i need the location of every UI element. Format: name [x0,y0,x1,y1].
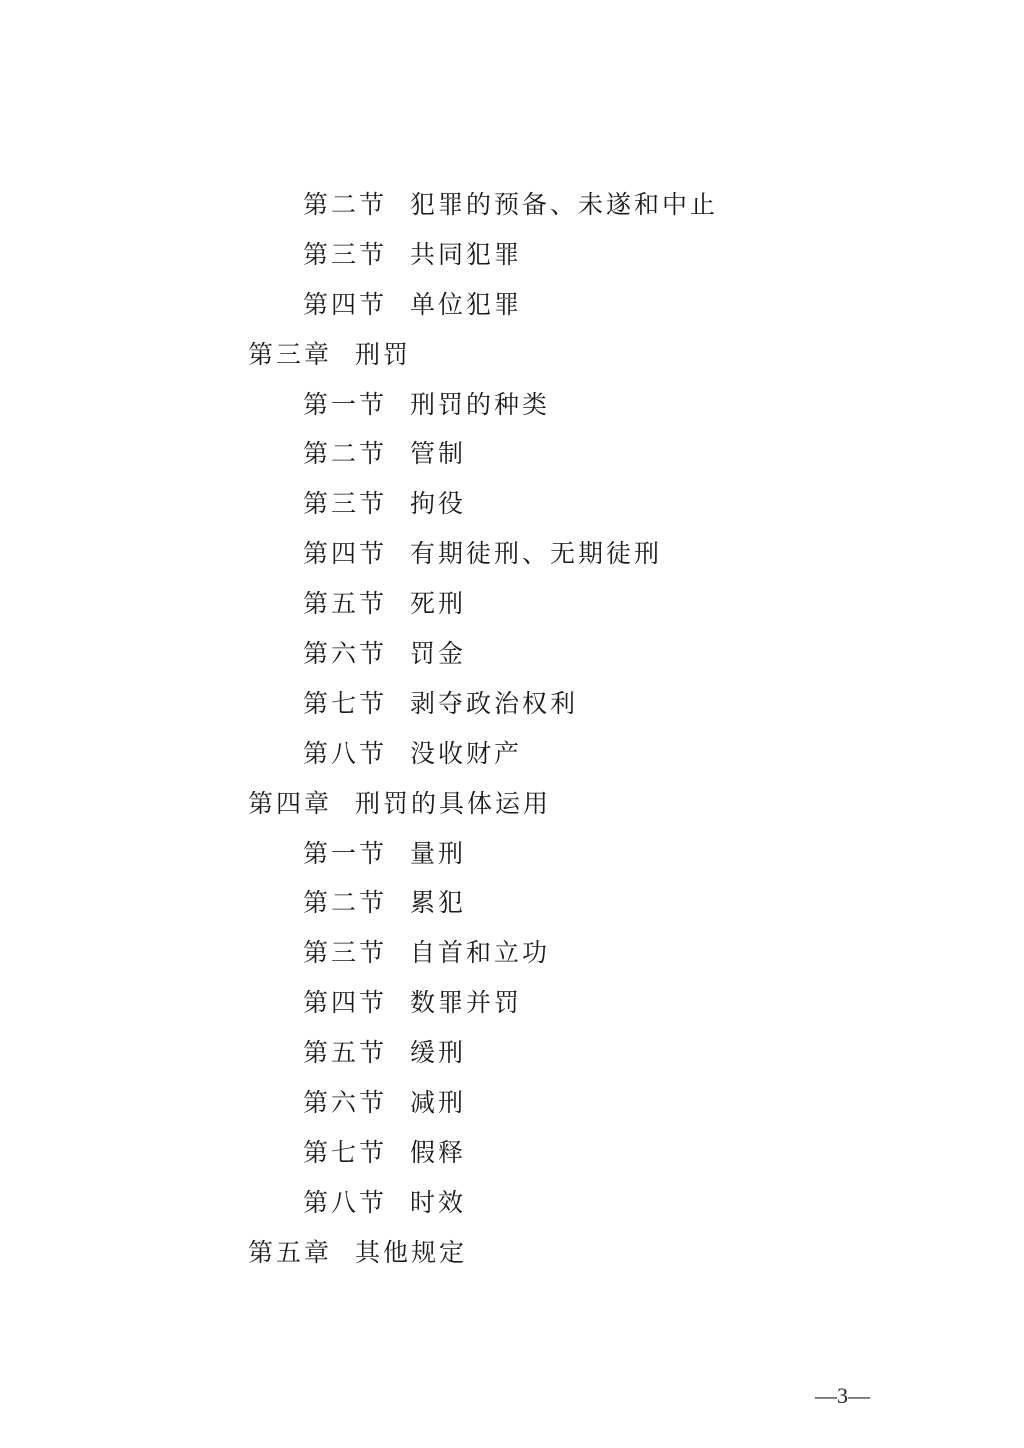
toc-title: 缓刑 [410,1028,466,1078]
toc-section-line: 第三节 共同犯罪 [0,230,1024,280]
toc-number: 第三章 [248,330,332,380]
toc-number: 第三节 [303,230,387,280]
toc-title: 剥夺政治权利 [410,679,578,729]
toc-title: 减刑 [410,1078,466,1128]
toc-number: 第二节 [303,180,387,230]
toc-number: 第七节 [303,1128,387,1178]
toc-number: 第八节 [303,1178,387,1228]
toc-section-line: 第七节 假释 [0,1128,1024,1178]
toc-number: 第四节 [303,529,387,579]
toc-number: 第一节 [303,829,387,879]
page-number: —3— [815,1383,870,1409]
toc-section-line: 第一节 刑罚的种类 [0,380,1024,430]
toc-number: 第五章 [248,1228,332,1278]
toc-title: 拘役 [410,479,466,529]
toc-title: 死刑 [410,579,466,629]
toc-title: 数罪并罚 [410,978,522,1028]
toc-number: 第二节 [303,429,387,479]
toc-title: 其他规定 [355,1228,467,1278]
toc-section-line: 第六节 罚金 [0,629,1024,679]
toc-title: 累犯 [410,878,466,928]
toc-section-line: 第五节 缓刑 [0,1028,1024,1078]
toc-title: 单位犯罪 [410,280,522,330]
toc-number: 第六节 [303,1078,387,1128]
toc-title: 刑罚的种类 [410,380,550,430]
toc-title: 犯罪的预备、未遂和中止 [410,180,718,230]
toc-number: 第六节 [303,629,387,679]
toc-number: 第四章 [248,779,332,829]
toc-title: 刑罚的具体运用 [355,779,551,829]
toc-section-line: 第二节 累犯 [0,878,1024,928]
toc-section-line: 第四节 数罪并罚 [0,978,1024,1028]
toc-chapter-line: 第四章 刑罚的具体运用 [0,779,1024,829]
toc-section-line: 第二节 犯罪的预备、未遂和中止 [0,180,1024,230]
toc-section-line: 第三节 拘役 [0,479,1024,529]
toc-section-line: 第四节 有期徒刑、无期徒刑 [0,529,1024,579]
table-of-contents: 第二节 犯罪的预备、未遂和中止 第三节 共同犯罪 第四节 单位犯罪 第三章 刑罚… [0,180,1024,1278]
toc-number: 第四节 [303,280,387,330]
toc-section-line: 第七节 剥夺政治权利 [0,679,1024,729]
toc-number: 第五节 [303,579,387,629]
toc-title: 刑罚 [355,330,411,380]
toc-number: 第三节 [303,479,387,529]
toc-section-line: 第五节 死刑 [0,579,1024,629]
toc-title: 共同犯罪 [410,230,522,280]
toc-title: 自首和立功 [410,928,550,978]
toc-number: 第七节 [303,679,387,729]
toc-section-line: 第二节 管制 [0,429,1024,479]
toc-title: 时效 [410,1178,466,1228]
toc-section-line: 第六节 减刑 [0,1078,1024,1128]
toc-chapter-line: 第三章 刑罚 [0,330,1024,380]
toc-title: 量刑 [410,829,466,879]
toc-title: 假释 [410,1128,466,1178]
toc-section-line: 第四节 单位犯罪 [0,280,1024,330]
toc-number: 第八节 [303,729,387,779]
toc-section-line: 第三节 自首和立功 [0,928,1024,978]
toc-section-line: 第八节 时效 [0,1178,1024,1228]
toc-title: 管制 [410,429,466,479]
toc-number: 第一节 [303,380,387,430]
toc-number: 第二节 [303,878,387,928]
toc-title: 有期徒刑、无期徒刑 [410,529,662,579]
toc-title: 没收财产 [410,729,522,779]
toc-chapter-line: 第五章 其他规定 [0,1228,1024,1278]
toc-number: 第五节 [303,1028,387,1078]
toc-number: 第三节 [303,928,387,978]
toc-number: 第四节 [303,978,387,1028]
toc-title: 罚金 [410,629,466,679]
toc-section-line: 第一节 量刑 [0,829,1024,879]
toc-section-line: 第八节 没收财产 [0,729,1024,779]
